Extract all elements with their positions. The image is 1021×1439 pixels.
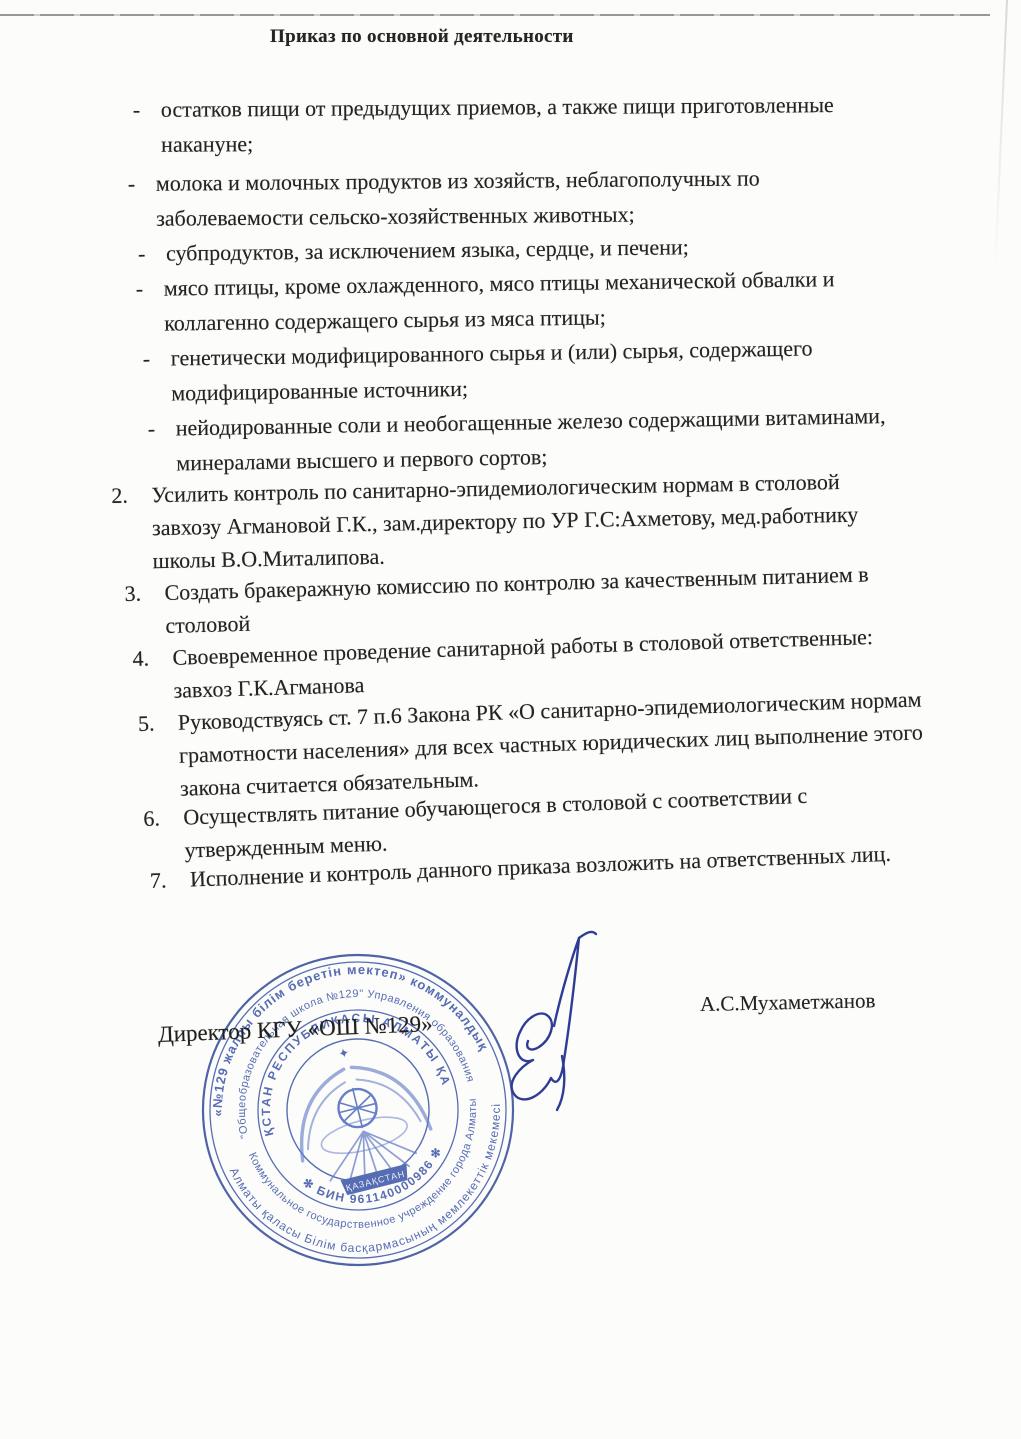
official-round-stamp: «№129 жалпы білім беретін мектеп» коммун… [188,940,528,1280]
bullet-text: остатков пищи от предыдущих приемов, а т… [161,87,834,162]
list-marker: - [147,411,176,446]
document-title: Приказ по основной деятельности [270,26,574,48]
emblem-star-icon: ✦ [337,1045,351,1062]
scan-artifact-line [0,14,990,16]
bullet-item: - молока и молочных продуктов из хозяйст… [128,160,760,236]
director-name: А.С.Мухаметжанов [700,988,876,1017]
bullet-item: - генетически модифицированного сырья и … [142,330,813,411]
bullet-item: - остатков пищи от предыдущих приемов, а… [133,87,834,162]
bullet-item: - мясо птицы, кроме охлажденного, мясо п… [136,261,836,341]
list-marker: - [136,271,164,306]
scanned-document-page: Приказ по основной деятельности - остатк… [0,0,1021,1439]
list-marker: - [138,236,166,271]
list-marker: - [128,166,156,201]
page-edge-shadow [994,0,1008,270]
list-marker: 6. [143,801,184,835]
list-marker: 2. [111,478,152,512]
list-marker: - [142,341,171,376]
list-marker: 5. [137,706,178,740]
bullet-text: мясо птицы, кроме охлажденного, мясо пти… [164,261,836,340]
bullet-text: генетически модифицированного сырья и (и… [170,330,813,410]
bullet-text: молока и молочных продуктов из хозяйств,… [156,160,760,235]
handwritten-signature [492,928,622,1113]
list-marker: 7. [149,863,190,897]
list-marker: 4. [132,641,173,675]
list-marker: - [133,92,161,127]
list-marker: 3. [124,576,165,610]
